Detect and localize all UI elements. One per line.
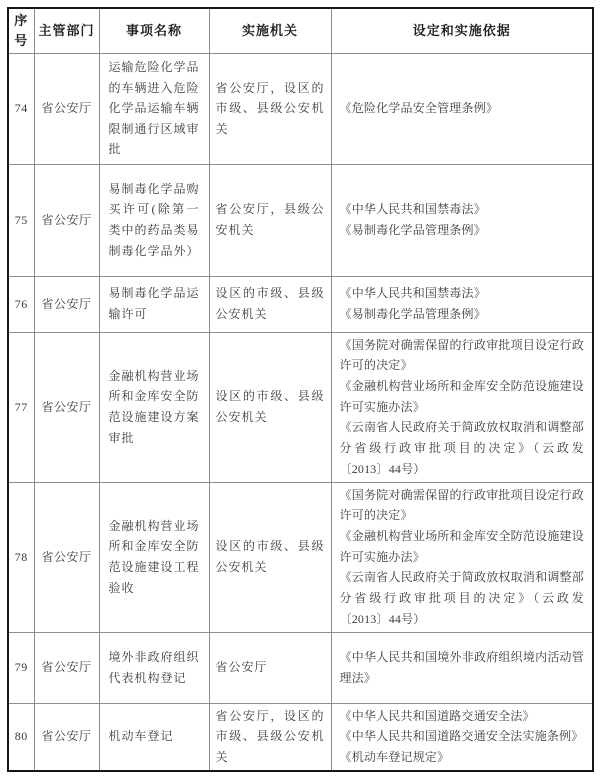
cell-basis: 《中华人民共和国禁毒法》 《易制毒化学品管理条例》 — [331, 276, 593, 332]
law-reference: 《危险化学品安全管理条例》 — [340, 98, 585, 119]
table-row: 75 省公安厅 易制毒化学品购买许可(除第一类中的药品类易制毒化学品外） 省公安… — [8, 164, 593, 276]
law-reference: 《中华人民共和国境外非政府组织境内活动管理法》 — [340, 647, 585, 688]
cell-agency: 省公安厅，县级公安机关 — [209, 164, 331, 276]
cell-agency: 省公安厅，设区的市级、县级公安机关 — [209, 703, 331, 771]
cell-basis: 《中华人民共和国境外非政府组织境内活动管理法》 — [331, 632, 593, 703]
law-reference: 《易制毒化学品管理条例》 — [340, 304, 585, 325]
cell-dept: 省公安厅 — [34, 332, 99, 482]
cell-basis: 《国务院对确需保留的行政审批项目设定行政许可的决定》 《金融机构营业场所和金库安… — [331, 482, 593, 632]
cell-item: 易制毒化学品购买许可(除第一类中的药品类易制毒化学品外） — [99, 164, 209, 276]
header-dept: 主管部门 — [34, 8, 99, 53]
law-reference: 《机动车登记规定》 — [340, 747, 585, 768]
approval-items-table: 序号 主管部门 事项名称 实施机关 设定和实施依据 74 省公安厅 运输危险化学… — [7, 7, 594, 772]
cell-no: 78 — [8, 482, 34, 632]
cell-no: 77 — [8, 332, 34, 482]
table-row: 78 省公安厅 金融机构营业场所和金库安全防范设施建设工程验收 设区的市级、县级… — [8, 482, 593, 632]
cell-dept: 省公安厅 — [34, 703, 99, 771]
cell-no: 80 — [8, 703, 34, 771]
cell-basis: 《中华人民共和国禁毒法》 《易制毒化学品管理条例》 — [331, 164, 593, 276]
cell-item: 金融机构营业场所和金库安全防范设施建设方案审批 — [99, 332, 209, 482]
cell-no: 74 — [8, 53, 34, 164]
law-reference: 《云南省人民政府关于简政放权取消和调整部分省级行政审批项目的决定》（云政发〔20… — [340, 417, 585, 479]
law-reference: 《中华人民共和国禁毒法》 — [340, 283, 585, 304]
cell-dept: 省公安厅 — [34, 164, 99, 276]
cell-agency: 设区的市级、县级公安机关 — [209, 276, 331, 332]
cell-no: 76 — [8, 276, 34, 332]
cell-item: 金融机构营业场所和金库安全防范设施建设工程验收 — [99, 482, 209, 632]
table-row: 80 省公安厅 机动车登记 省公安厅，设区的市级、县级公安机关 《中华人民共和国… — [8, 703, 593, 771]
cell-agency: 设区的市级、县级公安机关 — [209, 332, 331, 482]
cell-basis: 《危险化学品安全管理条例》 — [331, 53, 593, 164]
cell-agency: 省公安厅 — [209, 632, 331, 703]
table-row: 79 省公安厅 境外非政府组织代表机构登记 省公安厅 《中华人民共和国境外非政府… — [8, 632, 593, 703]
header-no: 序号 — [8, 8, 34, 53]
law-reference: 《金融机构营业场所和金库安全防范设施建设许可实施办法》 — [340, 376, 585, 417]
cell-item: 境外非政府组织代表机构登记 — [99, 632, 209, 703]
table-header: 序号 主管部门 事项名称 实施机关 设定和实施依据 — [8, 8, 593, 53]
cell-dept: 省公安厅 — [34, 276, 99, 332]
table-row: 74 省公安厅 运输危险化学品的车辆进入危险化学品运输车辆限制通行区域审批 省公… — [8, 53, 593, 164]
header-agency: 实施机关 — [209, 8, 331, 53]
cell-dept: 省公安厅 — [34, 53, 99, 164]
cell-no: 79 — [8, 632, 34, 703]
law-reference: 《云南省人民政府关于简政放权取消和调整部分省级行政审批项目的决定》（云政发〔20… — [340, 567, 585, 629]
law-reference: 《中华人民共和国道路交通安全法实施条例》 — [340, 726, 585, 747]
header-row: 序号 主管部门 事项名称 实施机关 设定和实施依据 — [8, 8, 593, 53]
cell-item: 运输危险化学品的车辆进入危险化学品运输车辆限制通行区域审批 — [99, 53, 209, 164]
table-body: 74 省公安厅 运输危险化学品的车辆进入危险化学品运输车辆限制通行区域审批 省公… — [8, 53, 593, 771]
cell-dept: 省公安厅 — [34, 632, 99, 703]
law-reference: 《国务院对确需保留的行政审批项目设定行政许可的决定》 — [340, 485, 585, 526]
table-row: 76 省公安厅 易制毒化学品运输许可 设区的市级、县级公安机关 《中华人民共和国… — [8, 276, 593, 332]
header-item: 事项名称 — [99, 8, 209, 53]
cell-no: 75 — [8, 164, 34, 276]
cell-dept: 省公安厅 — [34, 482, 99, 632]
document-page: 序号 主管部门 事项名称 实施机关 设定和实施依据 74 省公安厅 运输危险化学… — [0, 0, 600, 779]
law-reference: 《国务院对确需保留的行政审批项目设定行政许可的决定》 — [340, 335, 585, 376]
cell-basis: 《中华人民共和国道路交通安全法》 《中华人民共和国道路交通安全法实施条例》 《机… — [331, 703, 593, 771]
law-reference: 《中华人民共和国禁毒法》 — [340, 199, 585, 220]
cell-agency: 设区的市级、县级公安机关 — [209, 482, 331, 632]
law-reference: 《中华人民共和国道路交通安全法》 — [340, 706, 585, 727]
table-row: 77 省公安厅 金融机构营业场所和金库安全防范设施建设方案审批 设区的市级、县级… — [8, 332, 593, 482]
header-basis: 设定和实施依据 — [331, 8, 593, 53]
law-reference: 《金融机构营业场所和金库安全防范设施建设许可实施办法》 — [340, 526, 585, 567]
cell-agency: 省公安厅，设区的市级、县级公安机关 — [209, 53, 331, 164]
cell-item: 易制毒化学品运输许可 — [99, 276, 209, 332]
cell-basis: 《国务院对确需保留的行政审批项目设定行政许可的决定》 《金融机构营业场所和金库安… — [331, 332, 593, 482]
law-reference: 《易制毒化学品管理条例》 — [340, 220, 585, 241]
cell-item: 机动车登记 — [99, 703, 209, 771]
